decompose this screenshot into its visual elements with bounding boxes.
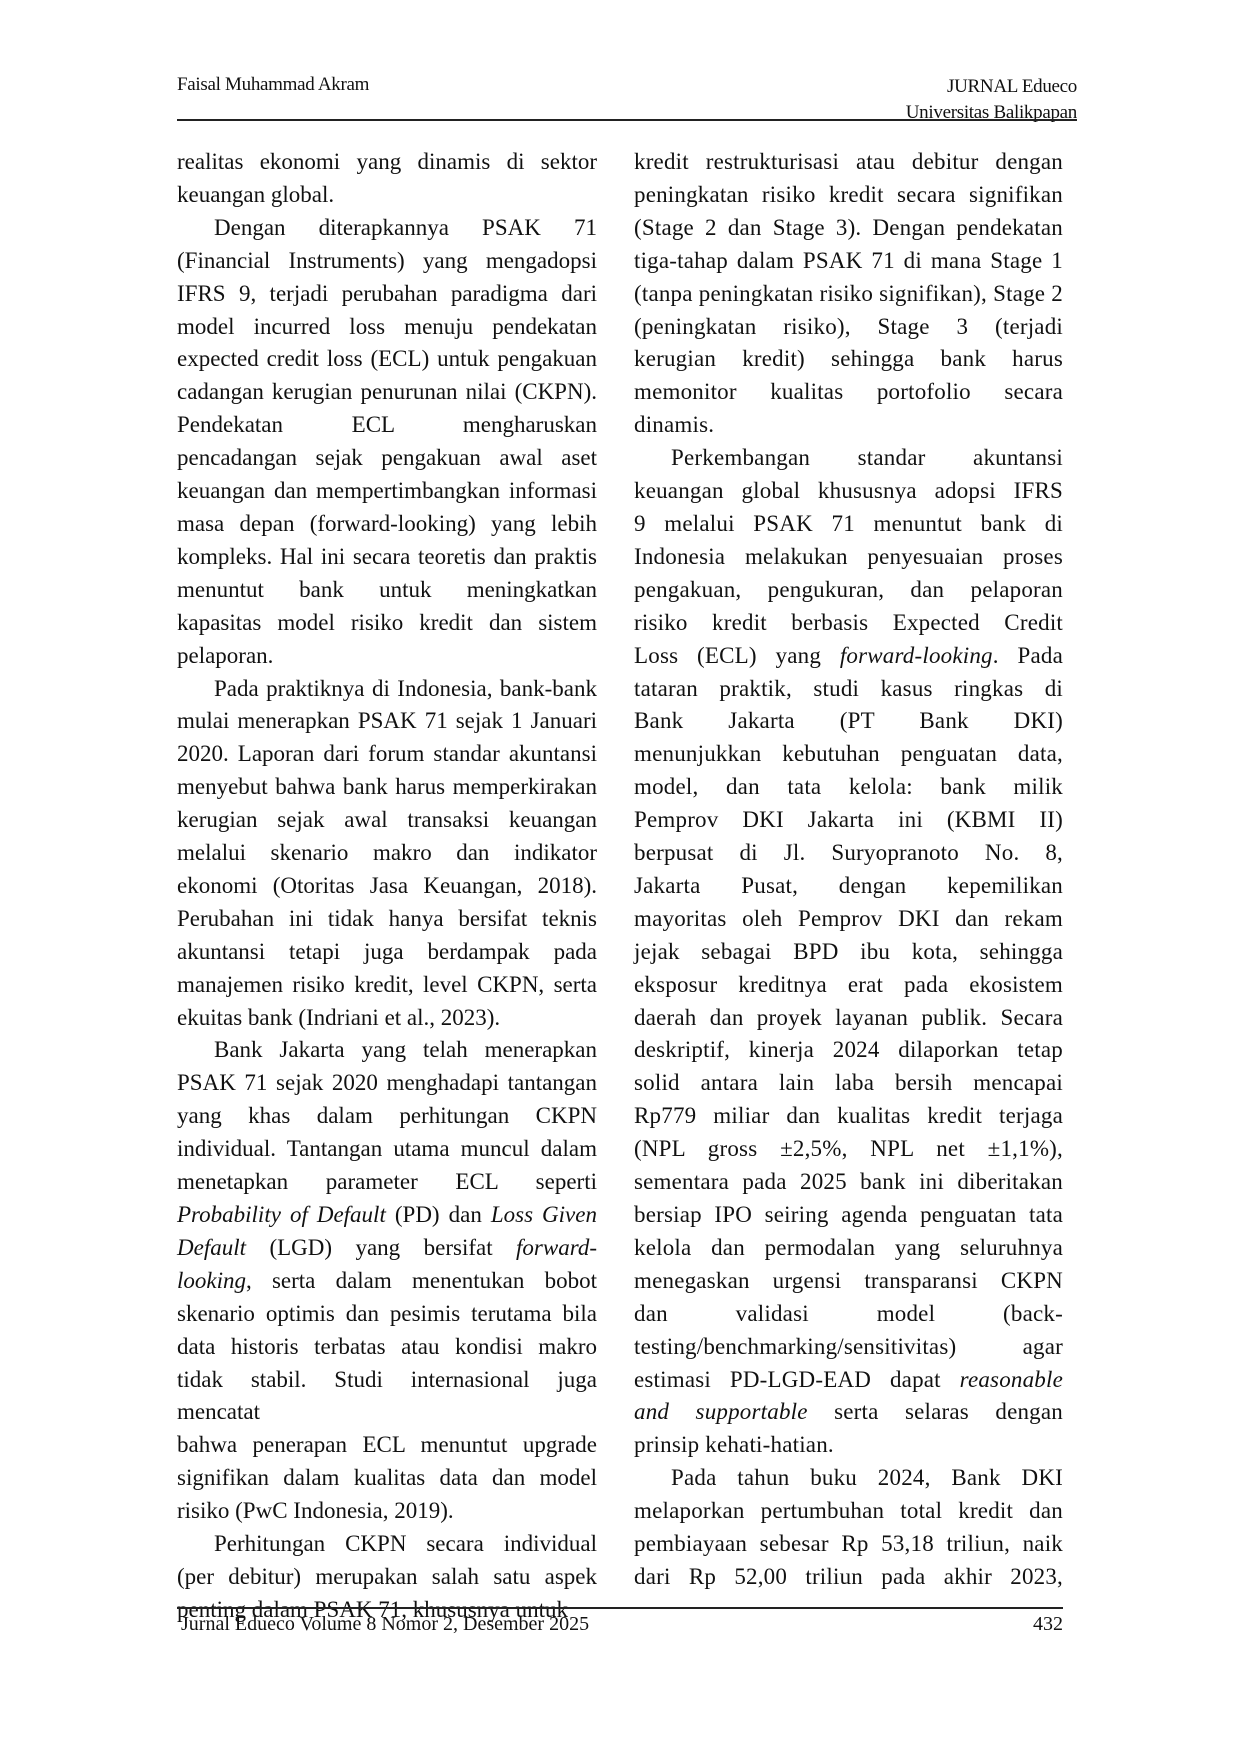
text-line: melaporkan pertumbuhan total kredit dan: [634, 1495, 1063, 1528]
text-line: (per debitur) merupakan salah satu aspek: [177, 1561, 597, 1594]
text-line: deskriptif, kinerja 2024 dilaporkan teta…: [634, 1034, 1063, 1067]
paragraph: Pada praktiknya di Indonesia, bank-bankm…: [177, 673, 597, 1035]
text-line: kelola dan permodalan yang seluruhnya: [634, 1232, 1063, 1265]
text-line: bersiap IPO seiring agenda penguatan tat…: [634, 1199, 1063, 1232]
paragraph: Perhitungan CKPN secara individual(per d…: [177, 1528, 597, 1627]
left-column: realitas ekonomi yang dinamis di sektork…: [177, 146, 597, 1627]
text-line: ekuitas bank (Indriani et al., 2023).: [177, 1002, 597, 1035]
text-line: menetapkan parameter ECL seperti: [177, 1166, 597, 1199]
text-line: Pada tahun buku 2024, Bank DKI: [634, 1462, 1063, 1495]
paragraph: realitas ekonomi yang dinamis di sektork…: [177, 146, 597, 212]
text-line: pembiayaan sebesar Rp 53,18 triliun, nai…: [634, 1528, 1063, 1561]
text-line: realitas ekonomi yang dinamis di sektor: [177, 146, 597, 179]
header-institution: Universitas Balikpapan: [906, 100, 1077, 126]
text-line: (peningkatan risiko), Stage 3 (terjadi: [634, 311, 1063, 344]
paragraph: Pada tahun buku 2024, Bank DKImelaporkan…: [634, 1462, 1063, 1594]
text-line: melalui skenario makro dan indikator: [177, 837, 597, 870]
text-line: (NPL gross ±2,5%, NPL net ±1,1%),: [634, 1133, 1063, 1166]
text-line: and supportable serta selaras dengan: [634, 1396, 1063, 1429]
text-line: 9 melalui PSAK 71 menuntut bank di: [634, 508, 1063, 541]
text-line: mayoritas oleh Pemprov DKI dan rekam: [634, 903, 1063, 936]
text-line: Loss (ECL) yang forward-looking. Pada: [634, 640, 1063, 673]
text-line: expected credit loss (ECL) untuk pengaku…: [177, 343, 597, 376]
text-line: kredit restrukturisasi atau debitur deng…: [634, 146, 1063, 179]
text-line: looking, serta dalam menentukan bobot: [177, 1265, 597, 1298]
text-line: pelaporan.: [177, 640, 597, 673]
text-line: Pada praktiknya di Indonesia, bank-bank: [177, 673, 597, 706]
text-line: menyebut bahwa bank harus memperkirakan: [177, 771, 597, 804]
footer-citation: Jurnal Edueco Volume 8 Nomor 2, Desember…: [181, 1613, 589, 1636]
text-line: Dengan diterapkannya PSAK 71: [177, 212, 597, 245]
text-line: cadangan kerugian penurunan nilai (CKPN)…: [177, 376, 597, 409]
text-line: dinamis.: [634, 409, 1063, 442]
text-line: Probability of Default (PD) dan Loss Giv…: [177, 1199, 597, 1232]
text-line: keuangan dan mempertimbangkan informasi: [177, 475, 597, 508]
text-line: daerah dan proyek layanan publik. Secara: [634, 1002, 1063, 1035]
text-line: solid antara lain laba bersih mencapai: [634, 1067, 1063, 1100]
text-line: Default (LGD) yang bersifat forward-: [177, 1232, 597, 1265]
text-line: Bank Jakarta (PT Bank DKI): [634, 705, 1063, 738]
text-line: Jakarta Pusat, dengan kepemilikan: [634, 870, 1063, 903]
text-line: Perkembangan standar akuntansi: [634, 442, 1063, 475]
text-line: jejak sebagai BPD ibu kota, sehingga: [634, 936, 1063, 969]
text-line: pencadangan sejak pengakuan awal aset: [177, 442, 597, 475]
text-line: IFRS 9, terjadi perubahan paradigma dari: [177, 278, 597, 311]
text-line: prinsip kehati-hatian.: [634, 1429, 1063, 1462]
running-header: Faisal Muhammad Akram JURNAL Edueco Univ…: [177, 72, 1077, 122]
text-line: tidak stabil. Studi internasional juga m…: [177, 1364, 597, 1430]
text-line: skenario optimis dan pesimis terutama bi…: [177, 1298, 597, 1331]
text-line: testing/benchmarking/sensitivitas) agar: [634, 1331, 1063, 1364]
text-line: kerugian kredit) sehingga bank harus: [634, 343, 1063, 376]
footer-rule: [177, 1607, 1063, 1609]
header-journal-name: JURNAL Edueco: [906, 74, 1077, 100]
text-line: manajemen risiko kredit, level CKPN, ser…: [177, 969, 597, 1002]
text-line: menuntut bank untuk meningkatkan: [177, 574, 597, 607]
text-line: Perhitungan CKPN secara individual: [177, 1528, 597, 1561]
text-line: model incurred loss menuju pendekatan: [177, 311, 597, 344]
header-rule: [177, 119, 1077, 121]
text-line: kapasitas model risiko kredit dan sistem: [177, 607, 597, 640]
text-line: yang khas dalam perhitungan CKPN: [177, 1100, 597, 1133]
text-line: keuangan global khususnya adopsi IFRS: [634, 475, 1063, 508]
paragraph: Bank Jakarta yang telah menerapkanPSAK 7…: [177, 1034, 597, 1528]
text-line: eksposur kreditnya erat pada ekosistem: [634, 969, 1063, 1002]
text-line: tiga-tahap dalam PSAK 71 di mana Stage 1: [634, 245, 1063, 278]
text-line: signifikan dalam kualitas data dan model: [177, 1462, 597, 1495]
text-line: akuntansi tetapi juga berdampak pada: [177, 936, 597, 969]
text-line: dan validasi model (back-: [634, 1298, 1063, 1331]
text-line: estimasi PD-LGD-EAD dapat reasonable: [634, 1364, 1063, 1397]
text-line: tataran praktik, studi kasus ringkas di: [634, 673, 1063, 706]
text-line: Bank Jakarta yang telah menerapkan: [177, 1034, 597, 1067]
text-line: dari Rp 52,00 triliun pada akhir 2023,: [634, 1561, 1063, 1594]
text-line: mulai menerapkan PSAK 71 sejak 1 Januari: [177, 705, 597, 738]
text-line: data historis terbatas atau kondisi makr…: [177, 1331, 597, 1364]
text-line: 2020. Laporan dari forum standar akuntan…: [177, 738, 597, 771]
text-line: model, dan tata kelola: bank milik: [634, 771, 1063, 804]
text-line: bahwa penerapan ECL menuntut upgrade: [177, 1429, 597, 1462]
text-line: kerugian sejak awal transaksi keuangan: [177, 804, 597, 837]
text-line: (Financial Instruments) yang mengadopsi: [177, 245, 597, 278]
text-line: kompleks. Hal ini secara teoretis dan pr…: [177, 541, 597, 574]
text-line: Rp779 miliar dan kualitas kredit terjaga: [634, 1100, 1063, 1133]
text-line: menunjukkan kebutuhan penguatan data,: [634, 738, 1063, 771]
text-line: individual. Tantangan utama muncul dalam: [177, 1133, 597, 1166]
text-line: Pendekatan ECL mengharuskan: [177, 409, 597, 442]
text-line: Pemprov DKI Jakarta ini (KBMI II): [634, 804, 1063, 837]
paragraph: Dengan diterapkannya PSAK 71(Financial I…: [177, 212, 597, 673]
text-line: PSAK 71 sejak 2020 menghadapi tantangan: [177, 1067, 597, 1100]
text-line: sementara pada 2025 bank ini diberitakan: [634, 1166, 1063, 1199]
right-column: kredit restrukturisasi atau debitur deng…: [634, 146, 1063, 1594]
text-line: keuangan global.: [177, 179, 597, 212]
text-line: memonitor kualitas portofolio secara: [634, 376, 1063, 409]
text-line: risiko (PwC Indonesia, 2019).: [177, 1495, 597, 1528]
text-line: Indonesia melakukan penyesuaian proses: [634, 541, 1063, 574]
text-line: (tanpa peningkatan risiko signifikan), S…: [634, 278, 1063, 311]
text-line: Perubahan ini tidak hanya bersifat tekni…: [177, 903, 597, 936]
paragraph: kredit restrukturisasi atau debitur deng…: [634, 146, 1063, 442]
text-line: menegaskan urgensi transparansi CKPN: [634, 1265, 1063, 1298]
text-line: peningkatan risiko kredit secara signifi…: [634, 179, 1063, 212]
text-line: risiko kredit berbasis Expected Credit: [634, 607, 1063, 640]
text-line: pengakuan, pengukuran, dan pelaporan: [634, 574, 1063, 607]
text-line: ekonomi (Otoritas Jasa Keuangan, 2018).: [177, 870, 597, 903]
page-number: 432: [1033, 1613, 1063, 1636]
header-author: Faisal Muhammad Akram: [177, 74, 369, 96]
text-line: (Stage 2 dan Stage 3). Dengan pendekatan: [634, 212, 1063, 245]
paragraph: Perkembangan standar akuntansikeuangan g…: [634, 442, 1063, 1462]
text-line: berpusat di Jl. Suryopranoto No. 8,: [634, 837, 1063, 870]
text-line: masa depan (forward-looking) yang lebih: [177, 508, 597, 541]
